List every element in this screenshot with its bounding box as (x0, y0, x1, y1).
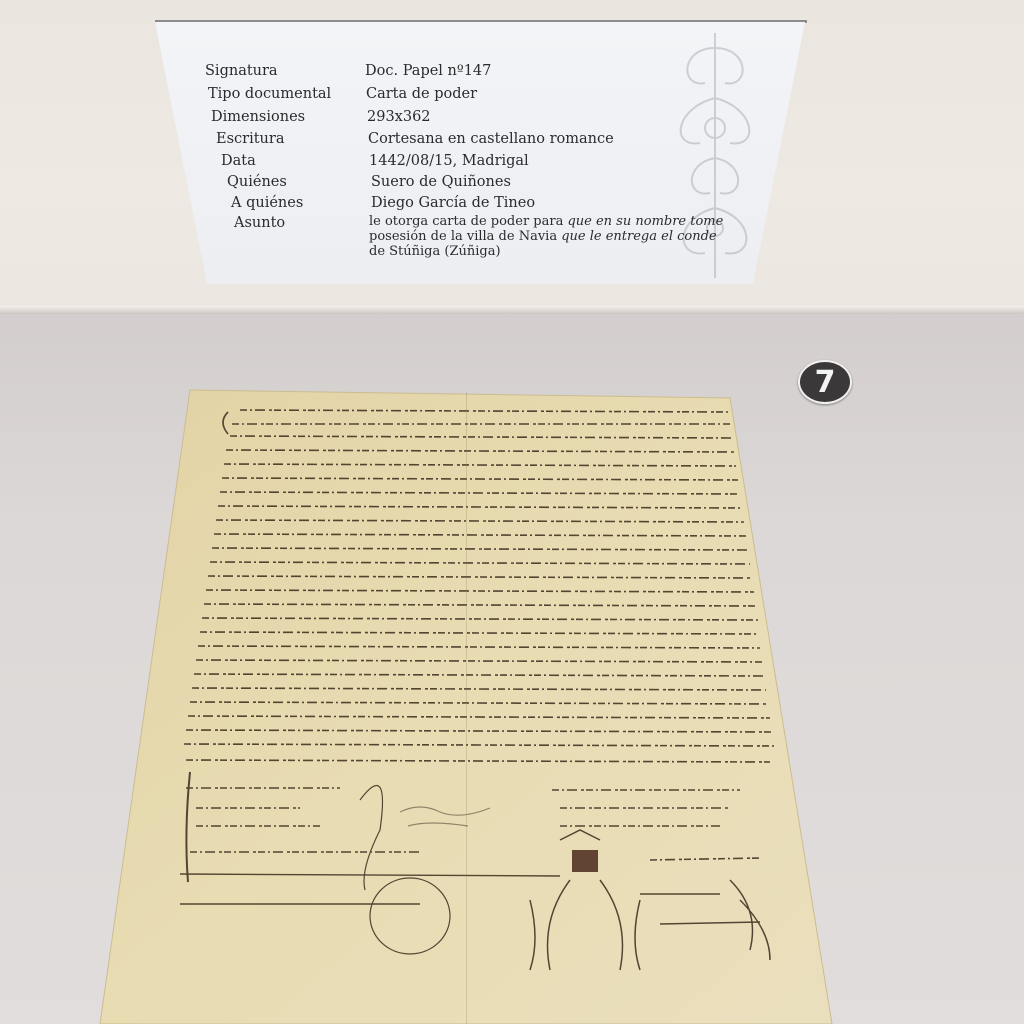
parchment-fold-line (466, 392, 467, 1024)
historical-document (0, 0, 1024, 1024)
